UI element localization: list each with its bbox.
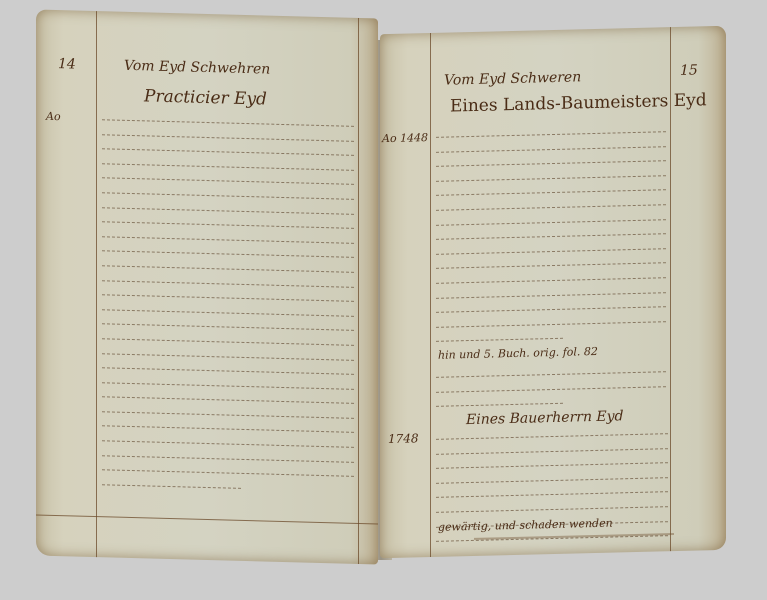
left-margin-rule: [96, 11, 97, 557]
page-number: 15: [680, 62, 698, 78]
running-head: Vom Eyd Schwehren: [124, 58, 270, 78]
margin-note: Ao: [46, 110, 61, 123]
bottom-rule: [36, 515, 378, 525]
margin-note: 1748: [388, 431, 419, 446]
left-margin-rule: [430, 33, 431, 557]
handwritten-text-block: [102, 111, 354, 497]
section-title: Practicier Eyd: [144, 86, 267, 109]
margin-note: Ao 1448: [382, 131, 428, 145]
handwritten-note-block: [436, 363, 666, 412]
page-number: 14: [58, 56, 76, 72]
left-page: 14 Vom Eyd Schwehren Practicier Eyd Ao: [36, 10, 378, 565]
right-page: Vom Eyd Schweren 15 Eines Lands-Baumeist…: [380, 26, 726, 558]
running-head: Vom Eyd Schweren: [444, 69, 581, 88]
handwritten-text-block: [436, 123, 666, 348]
section-title: Eines Bauerherrn Eyd: [466, 408, 624, 428]
source-reference: hin und 5. Buch. orig. fol. 82: [438, 345, 598, 362]
section-title: Eines Lands-Baumeisters Eyd: [450, 90, 707, 116]
right-margin-rule: [358, 18, 359, 564]
